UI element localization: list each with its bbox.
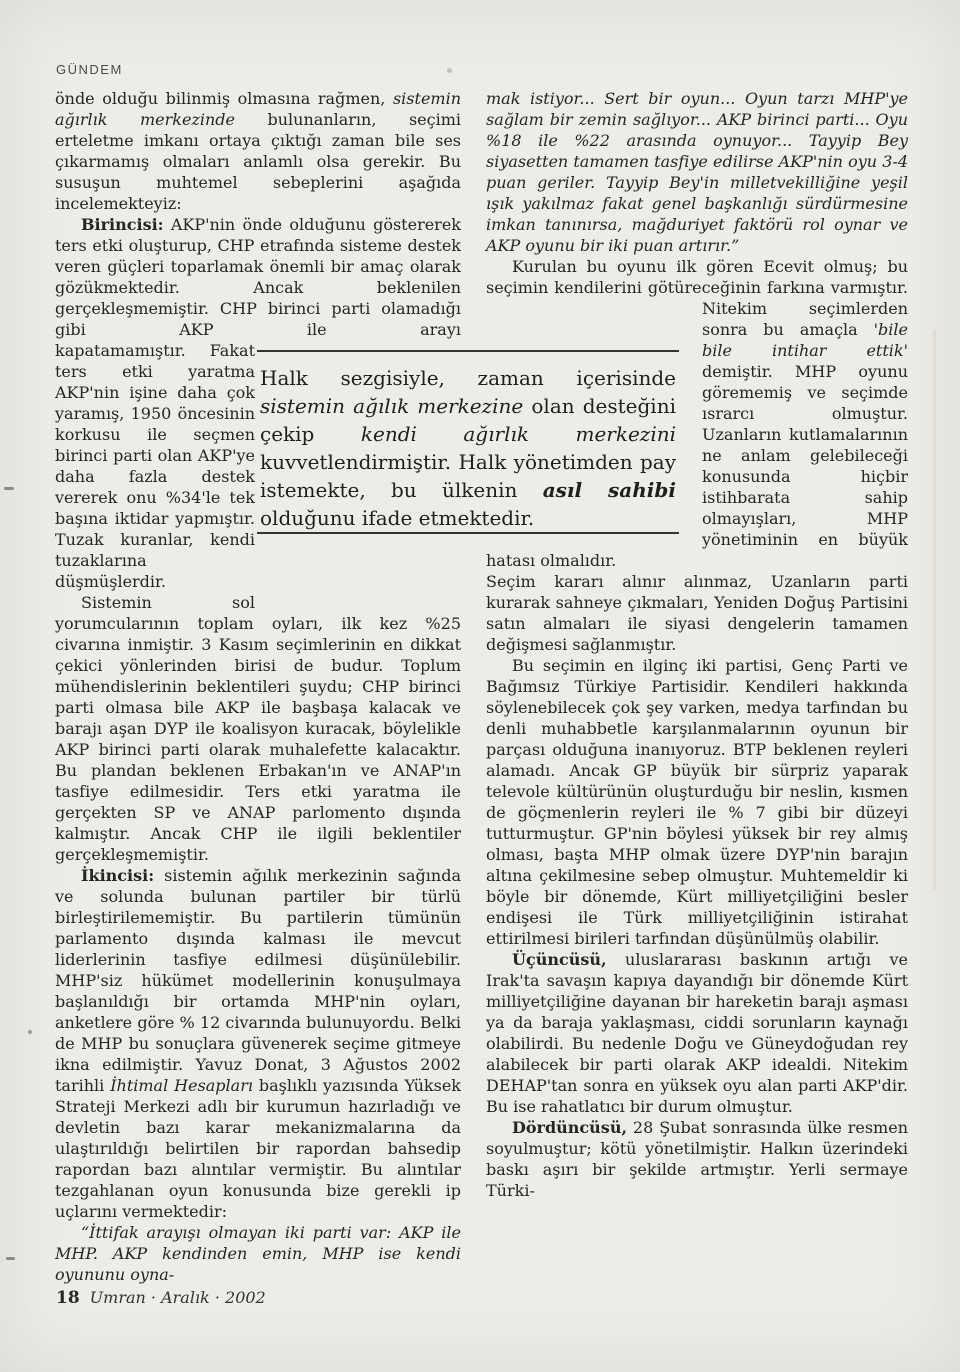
paragraph: Dördüncüsü, 28 Şubat sonrasında ülke res… [486,1117,908,1201]
paragraph: Bu seçimin en ilginç iki partisi, Genç P… [486,655,908,949]
paragraph: Sistemin sol yorumcularının toplam oylar… [55,592,461,865]
paragraph: İkincisi: sistemin ağılık merkezinin sağ… [55,865,461,1222]
article-body: önde olduğu bilinmiş olmasına rağmen, si… [55,88,908,1285]
page-footer: 18Umran · Aralık · 2002 [56,1288,266,1308]
left-column: önde olduğu bilinmiş olmasına rağmen, si… [55,88,461,1285]
paragraph: Üçüncüsü, uluslararası baskının artığı v… [486,949,908,1117]
section-label: GÜNDEM [56,62,123,77]
page-number: 18 [56,1288,80,1308]
magazine-page: GÜNDEM önde olduğu bilinmiş olmasına rağ… [0,0,960,1372]
issue-credit: Umran · Aralık · 2002 [90,1288,266,1307]
pull-quote: Halk sezgisiyle, zaman içerisinde sistem… [257,350,679,534]
scan-artifact [447,68,452,73]
scan-artifact [28,1030,32,1034]
scan-edge-streak [933,330,936,890]
scan-artifact [4,487,14,490]
right-column: mak istiyor... Sert bir oyun... Oyun tar… [486,88,908,1285]
paragraph: “İttifak arayışı olmayan iki parti var: … [55,1222,461,1285]
scan-artifact [6,1257,15,1260]
paragraph: Seçim kararı alınır alınmaz, Uzanların p… [486,571,908,655]
paragraph: mak istiyor... Sert bir oyun... Oyun tar… [486,88,908,256]
paragraph: önde olduğu bilinmiş olmasına rağmen, si… [55,88,461,214]
